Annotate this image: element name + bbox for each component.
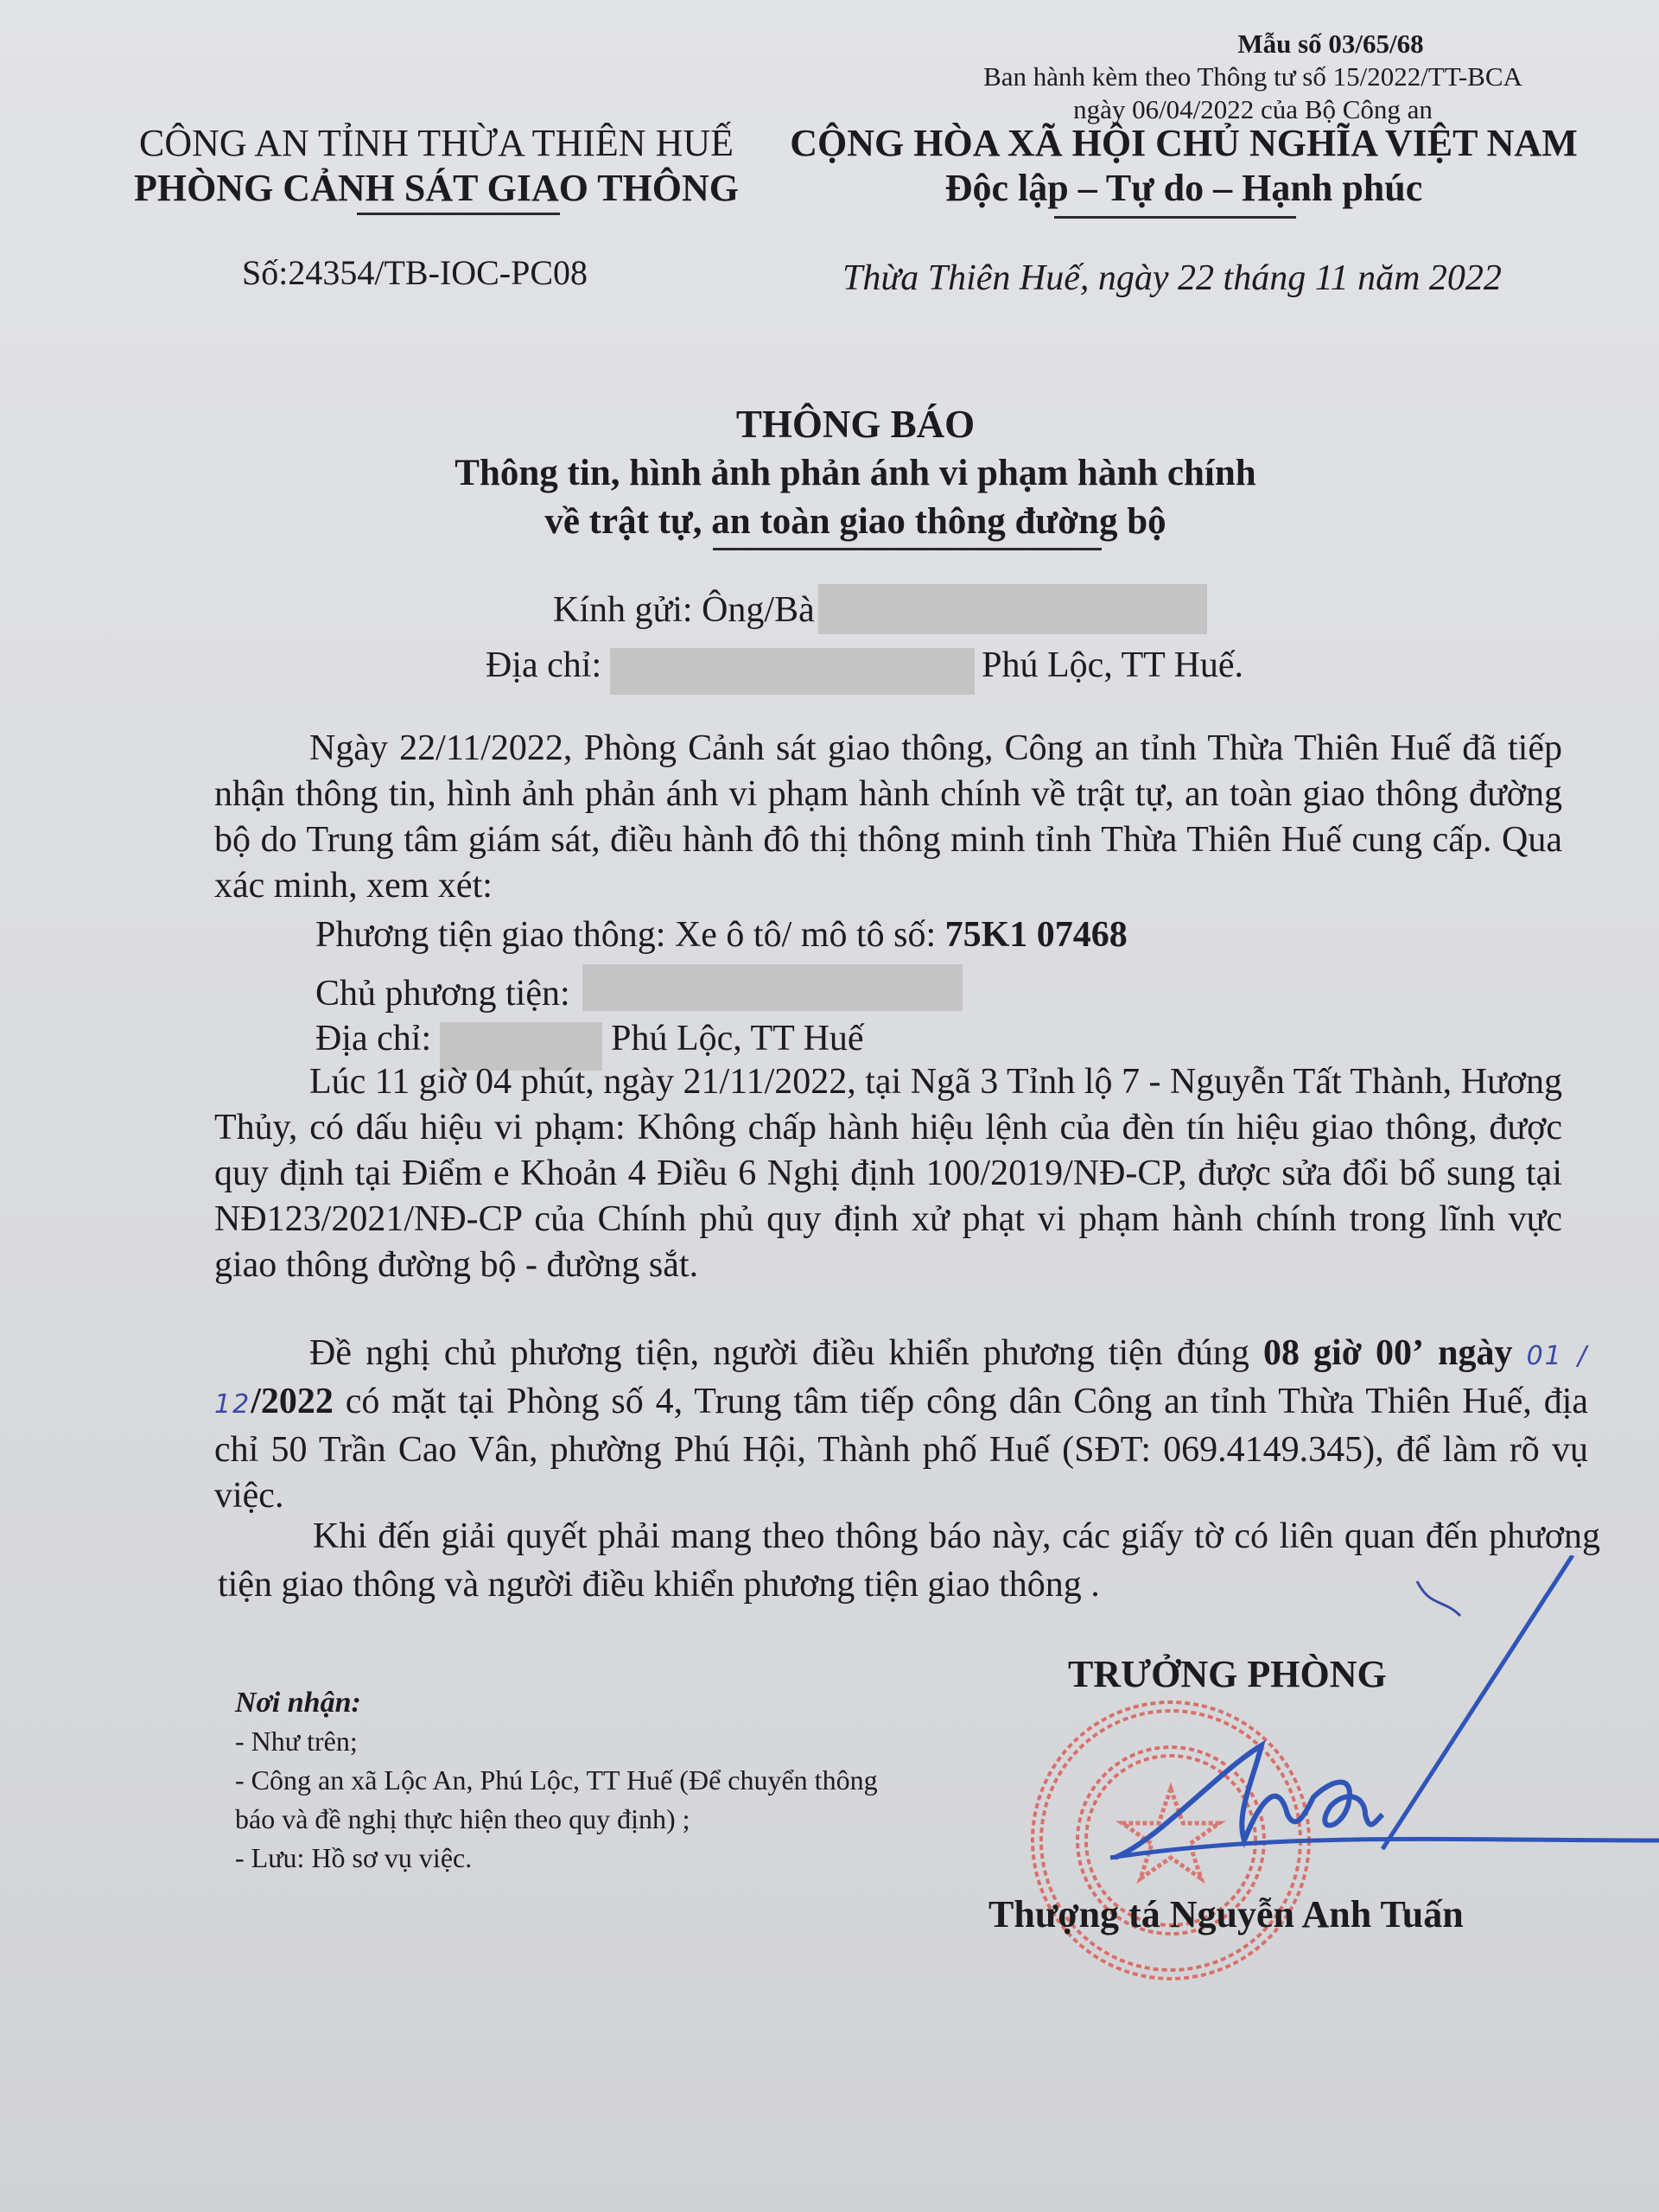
address-label: Địa chỉ: <box>486 645 601 685</box>
signer-name: Thượng tá Nguyễn Anh Tuấn <box>988 1892 1464 1936</box>
vehicle-plate: 75K1 07468 <box>945 915 1128 955</box>
document-number: Số:24354/TB-IOC-PC08 <box>242 252 588 293</box>
vehicle-line: Phương tiện giao thông: Xe ô tô/ mô tô s… <box>315 912 1128 957</box>
redacted-address <box>610 648 975 695</box>
owner-address-label: Địa chỉ: <box>315 1019 431 1058</box>
paragraph-received: Ngày 22/11/2022, Phòng Cảnh sát giao thô… <box>214 726 1562 909</box>
addressee-label: Kính gửi: Ông/Bà <box>553 590 815 630</box>
vehicle-label: Phương tiện giao thông: Xe ô tô/ mô tô s… <box>315 915 936 955</box>
owner-address-suffix: Phú Lộc, TT Huế <box>611 1019 863 1058</box>
redacted-owner <box>582 964 963 1011</box>
paragraph-violation: Lúc 11 giờ 04 phút, ngày 21/11/2022, tại… <box>214 1059 1562 1288</box>
nation-name: CỘNG HÒA XÃ HỘI CHỦ NGHĨA VIỆT NAM <box>782 121 1586 166</box>
title-subtitle-2: về trật tự, an toàn giao thông đường bộ <box>380 498 1331 546</box>
title-underline <box>713 548 1102 550</box>
owner-line: Chủ phương tiện: <box>315 971 963 1020</box>
handwritten-signature <box>933 1555 1659 1901</box>
title-main: THÔNG BÁO <box>380 399 1331 449</box>
agency-header: CÔNG AN TỈNH THỪA THIÊN HUẾ PHÒNG CẢNH S… <box>121 121 752 215</box>
form-note: Mẫu số 03/65/68 Ban hành kèm theo Thông … <box>942 28 1564 126</box>
summons-day-label: ngày <box>1438 1333 1512 1373</box>
recipient-item: - Như trên; <box>235 1722 892 1761</box>
summons-year: /2022 <box>251 1382 334 1421</box>
addressee-address-line: Địa chỉ:Phú Lộc, TT Huế. <box>486 643 1243 691</box>
owner-address-line: Địa chỉ:Phú Lộc, TT Huế <box>315 1016 864 1065</box>
recipients-heading: Nơi nhận: <box>235 1683 892 1722</box>
summons-text-a: Đề nghị chủ phương tiện, người điều khiể… <box>309 1333 1249 1373</box>
summons-time: 08 giờ 00’ <box>1263 1333 1424 1373</box>
title-subtitle-1: Thông tin, hình ảnh phản ánh vi phạm hàn… <box>380 449 1331 498</box>
redacted-name <box>818 584 1207 634</box>
recipients-block: Nơi nhận: - Như trên; - Công an xã Lộc A… <box>235 1683 892 1878</box>
national-header: CỘNG HÒA XÃ HỘI CHỦ NGHĨA VIỆT NAM Độc l… <box>782 121 1586 219</box>
addressee-line: Kính gửi: Ông/Bà <box>553 588 1207 638</box>
owner-label: Chủ phương tiện: <box>315 974 570 1014</box>
recipient-item: - Lưu: Hồ sơ vụ việc. <box>235 1839 892 1878</box>
agency-parent: CÔNG AN TỈNH THỪA THIÊN HUẾ <box>121 121 752 166</box>
national-motto: Độc lập – Tự do – Hạnh phúc <box>782 166 1586 211</box>
agency-underline <box>357 213 560 215</box>
summons-text-b: có mặt tại Phòng số 4, Trung tâm tiếp cô… <box>214 1382 1588 1516</box>
form-issued-with: Ban hành kèm theo Thông tư số 15/2022/TT… <box>942 60 1564 93</box>
motto-underline <box>1054 216 1296 219</box>
place-and-date: Thừa Thiên Huế, ngày 22 tháng 11 năm 202… <box>842 257 1502 299</box>
agency-name: PHÒNG CẢNH SÁT GIAO THÔNG <box>121 166 752 211</box>
recipient-item: - Công an xã Lộc An, Phú Lộc, TT Huế (Để… <box>235 1761 892 1839</box>
paragraph-summons: Đề nghị chủ phương tiện, người điều khiể… <box>214 1331 1588 1519</box>
form-number: Mẫu số 03/65/68 <box>942 28 1564 60</box>
address-suffix: Phú Lộc, TT Huế. <box>982 645 1243 685</box>
document-title: THÔNG BÁO Thông tin, hình ảnh phản ánh v… <box>380 399 1331 550</box>
